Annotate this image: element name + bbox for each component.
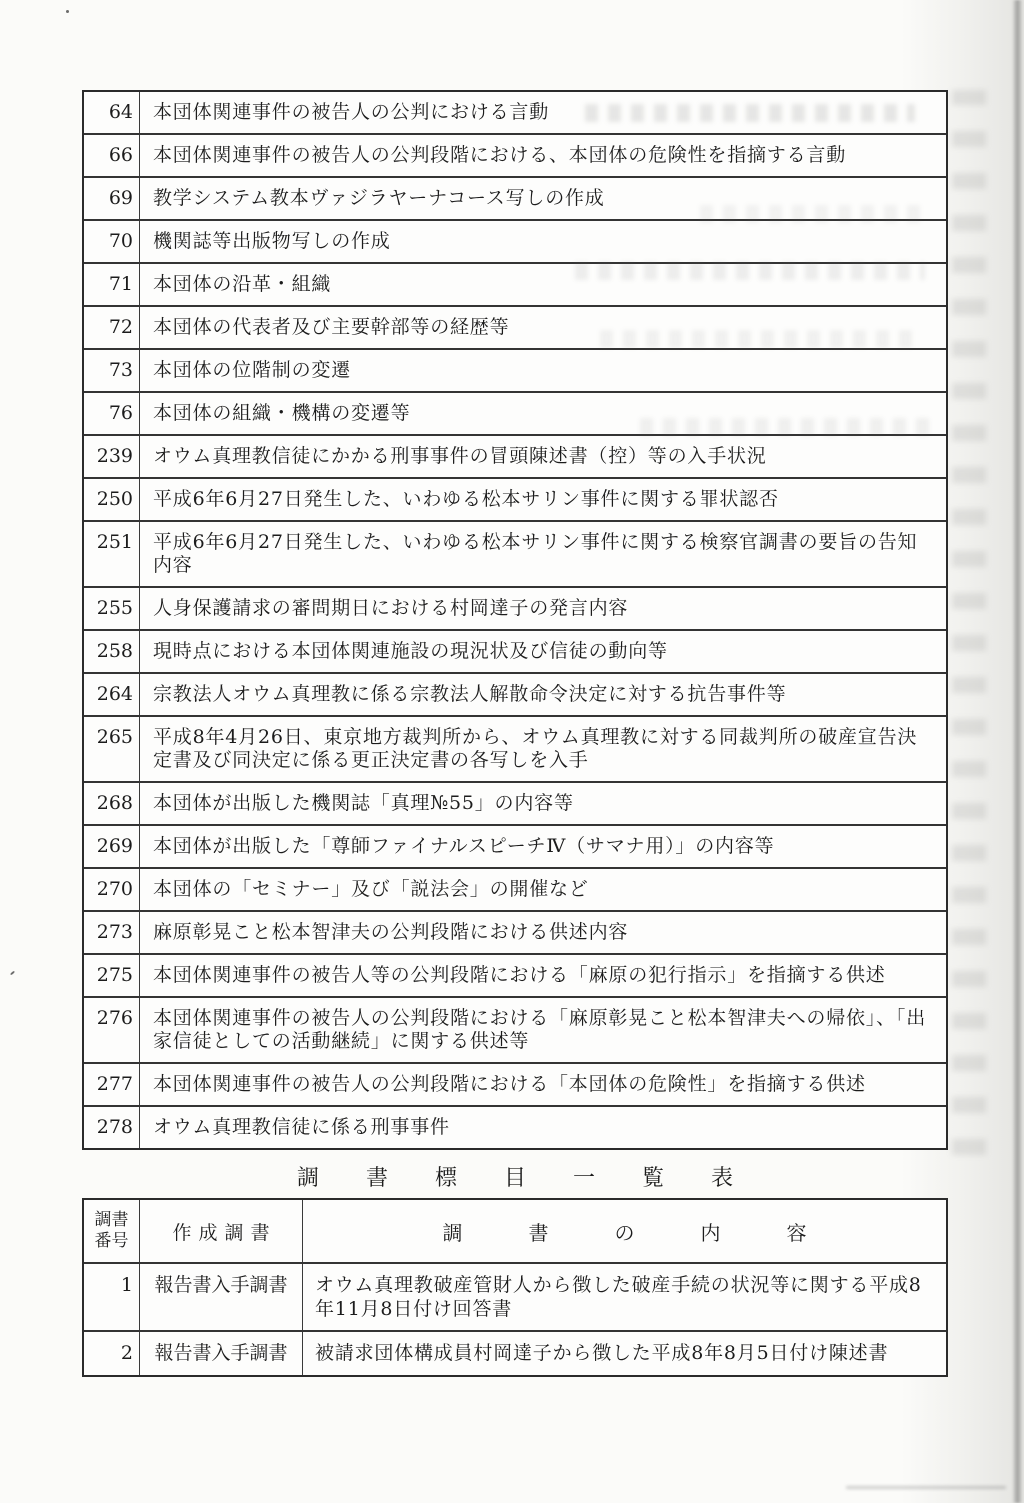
item-number: 255	[84, 588, 140, 629]
table-row: 264宗教法人オウム真理教に係る宗教法人解散命令決定に対する抗告事件等	[84, 672, 946, 715]
item-number: 76	[84, 393, 140, 434]
item-number: 275	[84, 955, 140, 996]
record-type: 報告書入手調書	[140, 1264, 303, 1330]
item-number: 66	[84, 135, 140, 176]
scanned-document-page: 64本団体関連事件の被告人の公判における言動 66本団体関連事件の被告人の公判段…	[0, 0, 1024, 1503]
item-text: オウム真理教信徒に係る刑事事件	[140, 1107, 946, 1148]
header-chousho-bangou: 調書 番号	[84, 1200, 140, 1262]
table-row: 251平成6年6月27日発生した、いわゆる松本サリン事件に関する検察官調書の要旨…	[84, 520, 946, 586]
scan-edge-shadow	[1012, 0, 1022, 1503]
scan-speck	[66, 10, 69, 13]
item-number: 69	[84, 178, 140, 219]
table-row: 265平成8年4月26日、東京地方裁判所から、オウム真理教に対する同裁判所の破産…	[84, 715, 946, 781]
item-number: 269	[84, 826, 140, 867]
item-text: 本団体の位階制の変遷	[140, 350, 946, 391]
item-text: 平成6年6月27日発生した、いわゆる松本サリン事件に関する罪状認否	[140, 479, 946, 520]
item-text: 本団体が出版した「尊師ファイナルスピーチⅣ（サマナ用）」の内容等	[140, 826, 946, 867]
item-text: 本団体関連事件の被告人の公判段階における「本団体の危険性」を指摘する供述	[140, 1064, 946, 1105]
item-number: 268	[84, 783, 140, 824]
record-type: 報告書入手調書	[140, 1332, 303, 1375]
item-text: 機関誌等出版物写しの作成	[140, 221, 946, 262]
table-row: 258現時点における本団体関連施設の現況状及び信徒の動向等	[84, 629, 946, 672]
item-number: 278	[84, 1107, 140, 1148]
table-row: 275本団体関連事件の被告人等の公判段階における「麻原の犯行指示」を指摘する供述	[84, 953, 946, 996]
item-text: オウム真理教信徒にかかる刑事事件の冒頭陳述書（控）等の入手状況	[140, 436, 946, 477]
item-number: 251	[84, 522, 140, 586]
table-row: 268本団体が出版した機関誌「真理№55」の内容等	[84, 781, 946, 824]
table-row: 250平成6年6月27日発生した、いわゆる松本サリン事件に関する罪状認否	[84, 477, 946, 520]
table-row: 239オウム真理教信徒にかかる刑事事件の冒頭陳述書（控）等の入手状況	[84, 434, 946, 477]
item-number: 250	[84, 479, 140, 520]
page-title: 調書標目一覧表	[82, 1154, 948, 1198]
item-number: 258	[84, 631, 140, 672]
bleed-through-artifact	[952, 90, 986, 1155]
item-text: 本団体関連事件の被告人の公判段階における、本団体の危険性を指摘する言動	[140, 135, 946, 176]
item-text: 本団体が出版した機関誌「真理№55」の内容等	[140, 783, 946, 824]
header-sakusei-chousho: 作成調書	[140, 1200, 303, 1262]
item-number: 265	[84, 717, 140, 781]
bleed-through-artifact	[640, 418, 930, 436]
item-number: 71	[84, 264, 140, 305]
table-header-row: 調書 番号 作成調書 調書の内容	[84, 1200, 946, 1262]
item-text: 人身保護請求の審問期日における村岡達子の発言内容	[140, 588, 946, 629]
item-number: 73	[84, 350, 140, 391]
chousho-table: 調書 番号 作成調書 調書の内容 1 報告書入手調書 オウム真理教破産管財人から…	[82, 1198, 948, 1377]
item-number: 64	[84, 92, 140, 133]
record-content: オウム真理教破産管財人から徴した破産手続の状況等に関する平成8年11月8日付け回…	[303, 1264, 946, 1330]
table-row: 255人身保護請求の審問期日における村岡達子の発言内容	[84, 586, 946, 629]
item-text: 現時点における本団体関連施設の現況状及び信徒の動向等	[140, 631, 946, 672]
page-title-text: 調書標目一覧表	[297, 1161, 780, 1192]
item-number: 273	[84, 912, 140, 953]
table-row: 70機関誌等出版物写しの作成	[84, 219, 946, 262]
item-number: 239	[84, 436, 140, 477]
record-number: 2	[84, 1332, 140, 1375]
item-number: 264	[84, 674, 140, 715]
item-text: 本団体の「セミナー」及び「説法会」の開催など	[140, 869, 946, 910]
item-number: 70	[84, 221, 140, 262]
bleed-through-artifact	[575, 262, 925, 280]
item-text: 本団体関連事件の被告人の公判段階における「麻原彰晃こと松本智津夫への帰依」、「出…	[140, 998, 946, 1062]
table-row: 273麻原彰晃こと松本智津夫の公判段階における供述内容	[84, 910, 946, 953]
item-number: 277	[84, 1064, 140, 1105]
item-number: 72	[84, 307, 140, 348]
item-number: 276	[84, 998, 140, 1062]
item-text: 宗教法人オウム真理教に係る宗教法人解散命令決定に対する抗告事件等	[140, 674, 946, 715]
bleed-through-artifact	[600, 330, 920, 348]
item-number: 270	[84, 869, 140, 910]
item-text: 本団体関連事件の被告人等の公判段階における「麻原の犯行指示」を指摘する供述	[140, 955, 946, 996]
table-row: 66本団体関連事件の被告人の公判段階における、本団体の危険性を指摘する言動	[84, 133, 946, 176]
table-row: 270本団体の「セミナー」及び「説法会」の開催など	[84, 867, 946, 910]
table-row: 277本団体関連事件の被告人の公判段階における「本団体の危険性」を指摘する供述	[84, 1062, 946, 1105]
bleed-through-artifact	[585, 104, 915, 122]
table-row: 276本団体関連事件の被告人の公判段階における「麻原彰晃こと松本智津夫への帰依」…	[84, 996, 946, 1062]
record-number: 1	[84, 1264, 140, 1330]
table-row: 278オウム真理教信徒に係る刑事事件	[84, 1105, 946, 1148]
table-row: 1 報告書入手調書 オウム真理教破産管財人から徴した破産手続の状況等に関する平成…	[84, 1262, 946, 1330]
item-text: 麻原彰晃こと松本智津夫の公判段階における供述内容	[140, 912, 946, 953]
record-content: 被請求団体構成員村岡達子から徴した平成8年8月5日付け陳述書	[303, 1332, 946, 1375]
bleed-through-artifact	[700, 205, 930, 223]
scan-speck	[10, 971, 15, 976]
table-row: 2 報告書入手調書 被請求団体構成員村岡達子から徴した平成8年8月5日付け陳述書	[84, 1330, 946, 1375]
header-chousho-naiyou: 調書の内容	[303, 1200, 946, 1262]
item-text: 平成8年4月26日、東京地方裁判所から、オウム真理教に対する同裁判所の破産宣告決…	[140, 717, 946, 781]
item-text: 平成6年6月27日発生した、いわゆる松本サリン事件に関する検察官調書の要旨の告知…	[140, 522, 946, 586]
items-table: 64本団体関連事件の被告人の公判における言動 66本団体関連事件の被告人の公判段…	[82, 90, 948, 1150]
table-row: 269本団体が出版した「尊師ファイナルスピーチⅣ（サマナ用）」の内容等	[84, 824, 946, 867]
scan-speck	[846, 1486, 1006, 1489]
table-row: 73本団体の位階制の変遷	[84, 348, 946, 391]
